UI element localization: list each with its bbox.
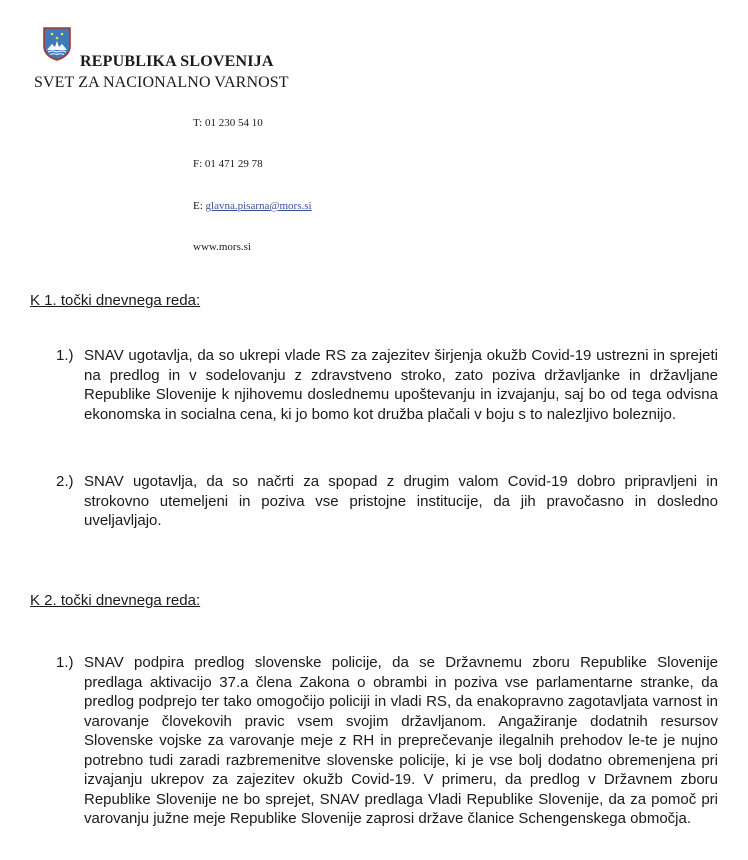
section-heading-2: K 2. točki dnevnega reda:: [30, 592, 200, 609]
organization-subtitle: SVET ZA NACIONALNO VARNOST: [34, 74, 289, 92]
item-text: SNAV ugotavlja, da so načrti za spopad z…: [84, 472, 718, 531]
item-number: 1.): [56, 346, 84, 424]
contact-website: www.mors.si: [193, 241, 251, 253]
contact-fax: F: 01 471 29 78: [193, 158, 263, 170]
item-number: 1.): [56, 653, 84, 829]
list-item: 1.) SNAV podpira predlog slovenske polic…: [56, 653, 718, 829]
item-number: 2.): [56, 472, 84, 531]
organization-name: REPUBLIKA SLOVENIJA: [80, 53, 274, 71]
email-link[interactable]: glavna.pisarna@mors.si: [206, 200, 312, 212]
list-item: 2.) SNAV ugotavlja, da so načrti za spop…: [56, 472, 718, 531]
contact-telephone: T: 01 230 54 10: [193, 117, 263, 129]
contact-email: E: glavna.pisarna@mors.si: [193, 200, 312, 212]
contact-email-prefix: E:: [193, 200, 206, 212]
item-text: SNAV ugotavlja, da so ukrepi vlade RS za…: [84, 346, 718, 424]
item-text: SNAV podpira predlog slovenske policije,…: [84, 653, 718, 829]
slovenia-coat-of-arms-icon: [42, 26, 72, 62]
section-heading-1: K 1. točki dnevnega reda:: [30, 292, 200, 309]
list-item: 1.) SNAV ugotavlja, da so ukrepi vlade R…: [56, 346, 718, 424]
